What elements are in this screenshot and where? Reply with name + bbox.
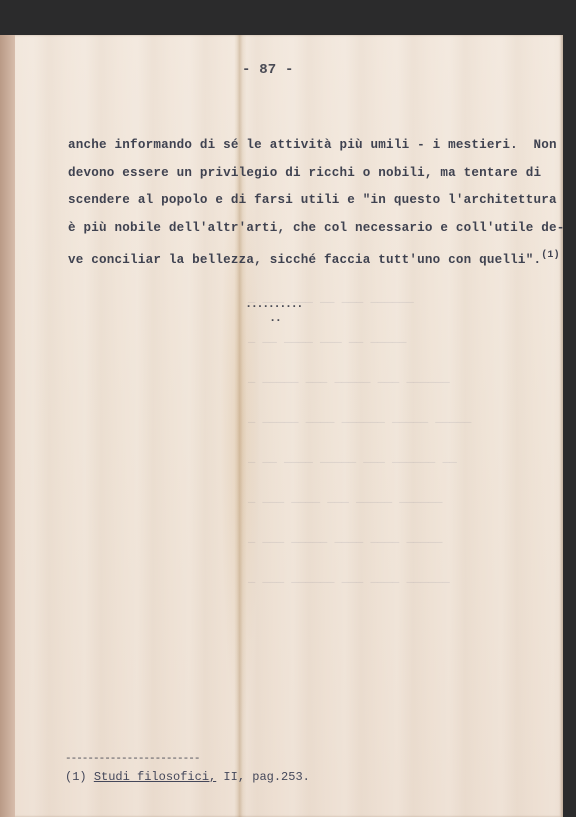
paragraph-line-1: anche informando di sé le attività più u… (68, 138, 557, 152)
paragraph-line-4: è più nobile dell'altr'arti, che col nec… (68, 221, 564, 235)
page-number: - 87 - (242, 62, 294, 78)
paragraph-line-2: devono essere un privilegio di ricchi o … (68, 166, 541, 180)
section-separator: .......... (245, 297, 302, 311)
footnote-citation: II, pag.253. (216, 770, 310, 784)
footnote-rule: ------------------------ (65, 753, 199, 765)
footnote-marker: (1) (65, 770, 87, 784)
section-separator-small: .. (269, 311, 280, 325)
body-paragraph: anche informando di sé le attività più u… (68, 132, 548, 275)
footnote-reference: (1) (541, 250, 560, 261)
footnote-title: Studi filosofici, (94, 770, 216, 784)
page-edge-strip (0, 35, 16, 817)
footnote: (1) Studi filosofici, II, pag.253. (65, 770, 310, 784)
paragraph-line-3: scendere al popolo e di farsi utili e "i… (68, 193, 557, 207)
bleed-through-text: ─ ─── ─── ── ─── ────── ─ ── ──── ─── ──… (68, 283, 548, 603)
paragraph-line-5: ve conciliar la bellezza, sicché faccia … (68, 253, 541, 267)
